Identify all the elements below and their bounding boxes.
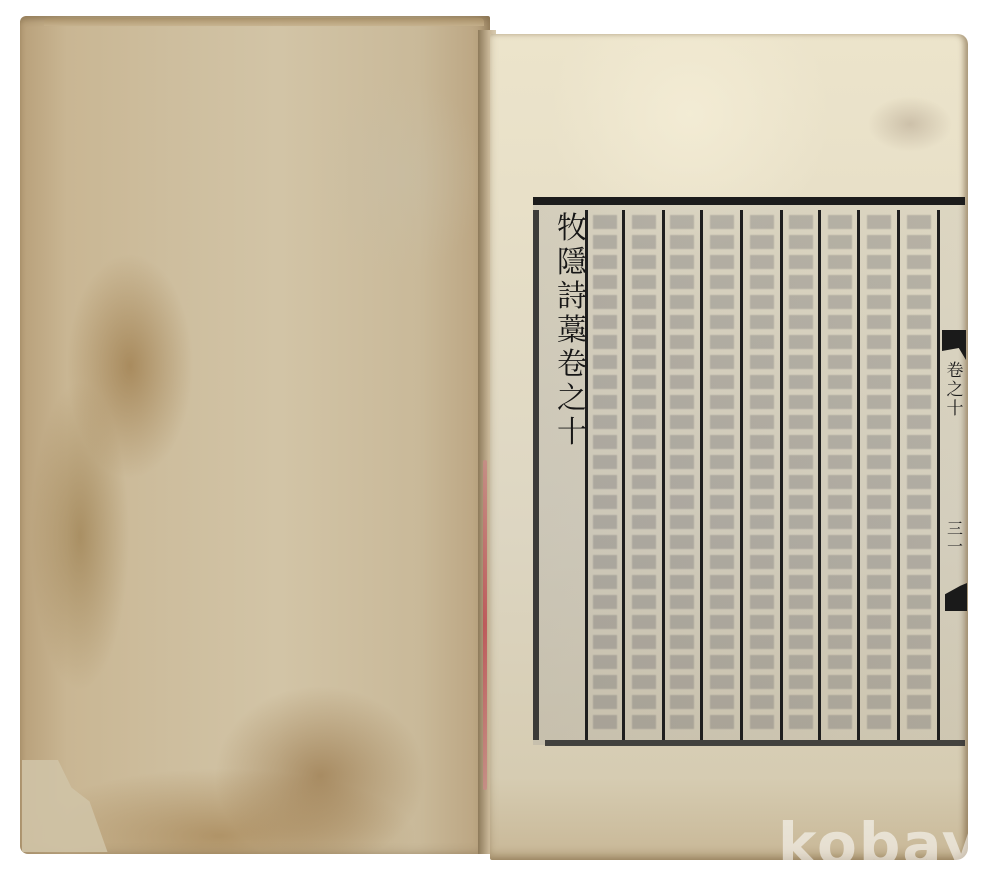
- volume-title-column: 牧 隱 詩 藁 卷 之 十: [552, 212, 592, 450]
- column-rule: [622, 210, 625, 740]
- faded-text-column: [670, 215, 694, 735]
- faded-text-column: [593, 215, 617, 735]
- faded-text-column: [632, 215, 656, 735]
- column-rule: [780, 210, 783, 740]
- column-rule: [857, 210, 860, 740]
- faded-text-column: [867, 215, 891, 735]
- faded-text-column: [710, 215, 734, 735]
- faded-text-column: [828, 215, 852, 735]
- title-char: 之: [557, 382, 587, 416]
- left-blank-page: [20, 16, 490, 854]
- block-top-border: [533, 197, 965, 205]
- column-rule: [937, 210, 940, 740]
- title-char: 十: [557, 416, 587, 450]
- page-char: 一: [947, 538, 963, 556]
- column-rule: [818, 210, 821, 740]
- faded-text-column: [907, 215, 931, 735]
- block-bottom-border: [545, 740, 965, 746]
- watermark: kobay: [778, 810, 982, 878]
- left-page-top-edge: [44, 18, 484, 26]
- title-char: 隱: [557, 246, 587, 280]
- column-rule: [662, 210, 665, 740]
- fold-char: 之: [947, 381, 964, 400]
- title-char: 牧: [557, 212, 587, 246]
- photo-stage: 牧 隱 詩 藁 卷 之 十 卷 之 十 三 一 kobay: [0, 0, 1000, 891]
- binding-thread: [483, 460, 487, 790]
- column-rule: [740, 210, 743, 740]
- faded-text-column: [789, 215, 813, 735]
- title-char: 藁: [557, 314, 587, 348]
- column-rule: [700, 210, 703, 740]
- column-rule: [897, 210, 900, 740]
- faded-text-column: [750, 215, 774, 735]
- fold-char: 十: [947, 400, 964, 419]
- page-char: 三: [947, 520, 963, 538]
- block-left-border: [533, 210, 539, 740]
- title-char: 詩: [557, 280, 587, 314]
- center-fold-page-number: 三 一: [945, 520, 965, 556]
- fold-char: 卷: [947, 362, 964, 381]
- title-char: 卷: [557, 348, 587, 382]
- center-fold-label: 卷 之 十: [945, 362, 965, 419]
